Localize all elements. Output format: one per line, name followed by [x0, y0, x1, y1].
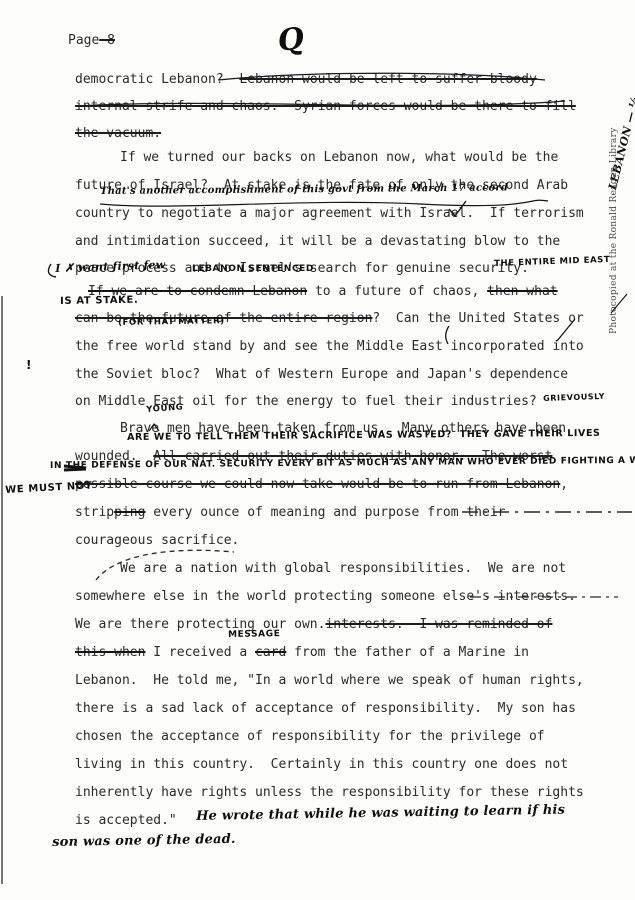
typed-line: democratic Lebanon? Lebanon would be lef… [75, 72, 537, 87]
we-must-not-note: WE MUST NOT [5, 480, 93, 496]
typed-text-segment: every ounce of meaning and purpose from … [145, 505, 505, 520]
scanned-document-page: Page—8democratic Lebanon? Lebanon would … [0, 0, 635, 900]
march-17-note: That's another accomplishment of this go… [100, 182, 508, 197]
typed-line: living in this country. Certainly in thi… [75, 757, 568, 772]
typed-line: chosen the acceptance of responsibility … [75, 729, 545, 744]
is-at-stake-note: IS AT STAKE. [60, 295, 138, 307]
typed-text-segment: We are there protecting our own. [75, 617, 325, 632]
typed-text-segment: inherently have rights unless the respon… [75, 785, 584, 800]
typed-line: inherently have rights unless the respon… [75, 785, 584, 800]
top-letter-q: Q [276, 21, 306, 59]
entire-mideast-note: THE ENTIRE MID EAST [494, 255, 610, 269]
typed-text-segment: to a future of chaos, [307, 284, 487, 299]
library-stamp: Photocopied at the Ronald Reagan Library [609, 127, 619, 334]
typed-text-segment: chosen the acceptance of responsibility … [75, 729, 545, 744]
struck-text-segment: interests. I was reminded of [325, 617, 552, 632]
struck-text-segment: then what [487, 284, 557, 299]
typed-line: somewhere else in the world protecting s… [75, 589, 576, 604]
for-that-matter-note: (FOR THAT MATTER) [118, 316, 225, 328]
struck-text-segment: the vacuum. [75, 126, 161, 141]
typed-line: We are a nation with global responsibili… [120, 561, 566, 576]
struck-text-segment: —8 [99, 33, 115, 48]
struck-text-segment: ping [114, 505, 145, 520]
typed-line: this when I received a card from the fat… [75, 645, 529, 660]
typed-text-segment: courageous sacrifice. [75, 533, 239, 548]
typed-line: the free world stand by and see the Midd… [75, 339, 584, 354]
typed-line: and intimidation succeed, it will be a d… [75, 234, 560, 249]
page-number-line: Page—8 [68, 33, 115, 48]
typed-line: courageous sacrifice. [75, 533, 239, 548]
typed-line: on Middle East oil for the energy to fue… [75, 394, 537, 409]
typed-text-segment: living in this country. Certainly in thi… [75, 757, 568, 772]
struck-text-segment: possible course we could now take would … [75, 477, 560, 492]
typed-text-segment: on Middle East oil for the energy to fue… [75, 394, 537, 409]
typed-text-segment: there is a sad lack of acceptance of res… [75, 701, 576, 716]
typed-line: internal strife and chaos. Syrian forces… [75, 99, 576, 114]
typed-text-segment: the Soviet bloc? What of Western Europe … [75, 367, 568, 382]
typed-line: is accepted." [75, 813, 177, 828]
young-insert: YOUNG [146, 402, 184, 415]
typed-line: the vacuum. [75, 126, 161, 141]
typed-text-segment: We are a nation with global responsibili… [120, 561, 566, 576]
he-wrote-note-line2: son was one of the dead. [52, 832, 236, 850]
typed-text-segment: democratic Lebanon? [75, 72, 239, 87]
typed-line: possible course we could now take would … [75, 477, 568, 492]
typed-text-segment: strip [75, 505, 114, 520]
typed-text-segment: is accepted." [75, 813, 177, 828]
typed-text-segment: I received a [145, 645, 255, 660]
typed-line: country to negotiate a major agreement w… [75, 206, 584, 221]
typed-line: Lebanon. He told me, "In a world where w… [75, 673, 584, 688]
struck-text-segment: Lebanon would be left to suffer bloody [239, 72, 536, 87]
message-insert: MESSAGE [228, 629, 281, 640]
grievously-insert: GRIEVOUSLY [543, 392, 605, 403]
typed-text-segment: Page [68, 33, 99, 48]
typed-line: We are there protecting our own.interest… [75, 617, 552, 632]
typed-line: stripping every ounce of meaning and pur… [75, 505, 505, 520]
typed-text-segment: If we turned our backs on Lebanon now, w… [120, 150, 558, 165]
typed-line: If we are to condemn Lebanon to a future… [88, 284, 558, 299]
exclamation-mark: ! [26, 358, 32, 372]
struck-text-segment: this when [75, 645, 145, 660]
lebanon-sentences-note-print: LEBANON SENTENCED [192, 264, 314, 274]
typed-text-segment: somewhere else in the world protecting s… [75, 589, 576, 604]
typed-text-segment: and intimidation succeed, it will be a d… [75, 234, 560, 249]
typed-text-segment: country to negotiate a major agreement w… [75, 206, 584, 221]
struck-text-segment: internal strife and chaos. Syrian forces… [75, 99, 576, 114]
typed-line: If we turned our backs on Lebanon now, w… [120, 150, 558, 165]
typed-line: the Soviet bloc? What of Western Europe … [75, 367, 568, 382]
typed-text-segment: Lebanon. He told me, "In a world where w… [75, 673, 584, 688]
typed-line: there is a sad lack of acceptance of res… [75, 701, 576, 716]
typed-text-segment: ? Can the United States or [372, 311, 583, 326]
typed-text-segment: , [560, 477, 568, 492]
he-wrote-note-line1: He wrote that while he was waiting to le… [196, 803, 565, 824]
struck-text-segment: card [255, 645, 286, 660]
typed-text-segment: from the father of a Marine in [286, 645, 529, 660]
typed-text-segment: the free world stand by and see the Midd… [75, 339, 584, 354]
